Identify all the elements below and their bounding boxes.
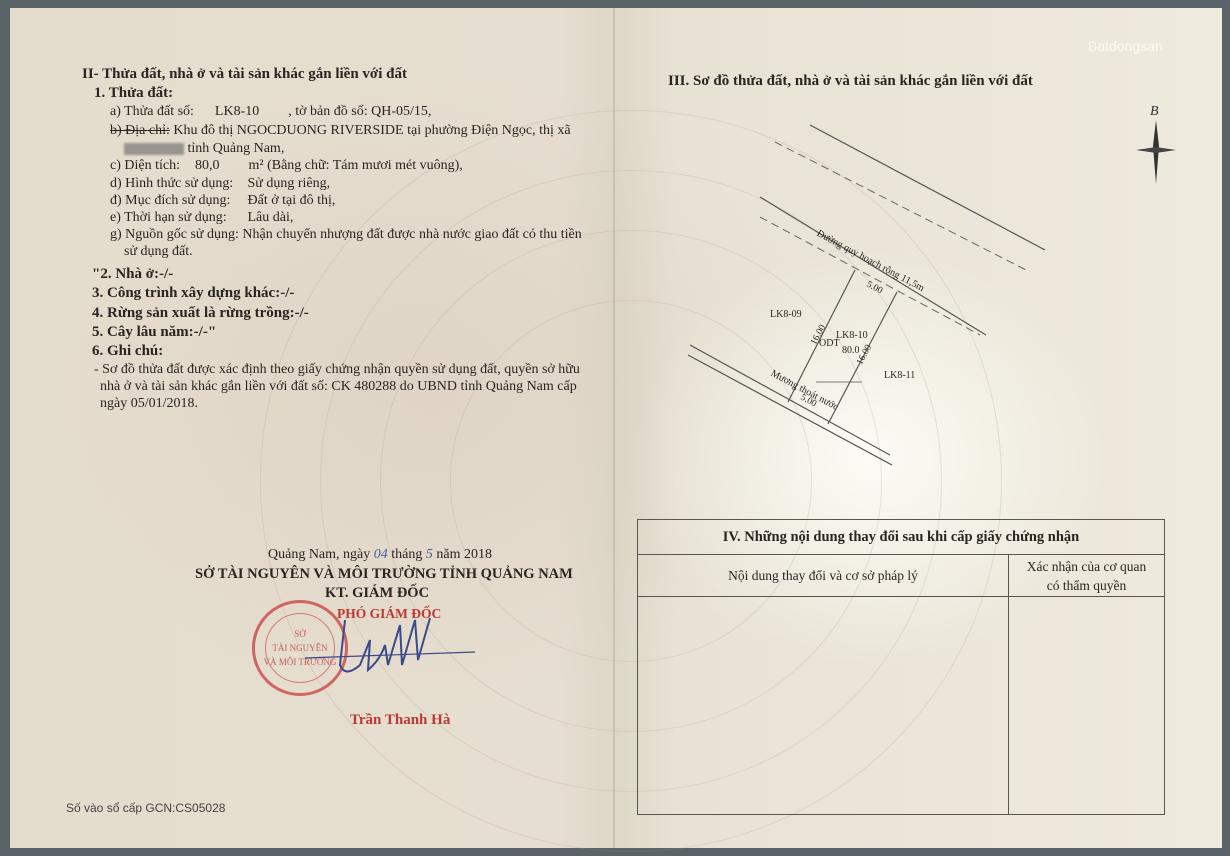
col-header-confirm-line1: Xác nhận của cơ quan bbox=[1009, 557, 1164, 576]
usage-form-value: Sử dụng riêng, bbox=[248, 176, 331, 191]
page-fold bbox=[613, 8, 615, 848]
origin-label: g) Nguồn gốc sử dụng: bbox=[110, 227, 239, 242]
plot-area-label: 80.0 bbox=[842, 345, 860, 356]
neighbor-left-label: LK8-09 bbox=[770, 309, 802, 320]
origin-line1: Nhận chuyển nhượng đất được nhà nước gia… bbox=[242, 227, 581, 242]
purpose-row: đ) Mục đích sử dụng: Đất ở tại đô thị, bbox=[110, 193, 335, 209]
plot-id-label: LK8-10 bbox=[836, 330, 868, 341]
sign-date: Quảng Nam, ngày 04 tháng 5 năm 2018 bbox=[268, 547, 492, 563]
signature-scribble bbox=[300, 610, 490, 680]
term-value: Lâu dài, bbox=[248, 210, 294, 225]
address-label: b) Địa chỉ: bbox=[110, 123, 170, 138]
address-row: b) Địa chỉ: Khu đô thị NGOCDUONG RIVERSI… bbox=[110, 123, 571, 139]
col-header-confirm: Xác nhận của cơ quan có thẩm quyền bbox=[1008, 555, 1164, 597]
item-perennial: 5. Cây lâu năm:-/-" bbox=[92, 324, 216, 341]
origin-row: g) Nguồn gốc sử dụng: Nhận chuyển nhượng… bbox=[110, 227, 582, 243]
area-row: c) Diện tích: 80,0 m² (Bằng chữ: Tám mươ… bbox=[110, 158, 463, 174]
purpose-value: Đất ở tại đô thị, bbox=[248, 193, 336, 208]
plot-no-label: a) Thửa đất số: bbox=[110, 104, 194, 119]
plot-no-row: a) Thửa đất số: LK8-10 , tờ bản đồ số: Q… bbox=[110, 104, 431, 120]
item-forest: 4. Rừng sản xuất là rừng trồng:-/- bbox=[92, 305, 309, 322]
land-plot-heading: 1. Thửa đất: bbox=[94, 85, 173, 102]
note-line-3: ngày 05/01/2018. bbox=[100, 396, 198, 412]
signer-name: Trần Thanh Hà bbox=[350, 712, 450, 729]
section-iii-title: III. Sơ đồ thửa đất, nhà ở và tài sản kh… bbox=[668, 73, 1033, 90]
redacted-block bbox=[124, 143, 184, 155]
term-label: e) Thời hạn sử dụng: bbox=[110, 210, 244, 226]
land-code-label: ODT bbox=[819, 338, 840, 349]
plot-no-value: LK8-10 bbox=[215, 104, 259, 119]
date-year: năm 2018 bbox=[436, 547, 492, 562]
usage-form-row: d) Hình thức sử dụng: Sử dụng riêng, bbox=[110, 176, 330, 192]
date-prefix: Quảng Nam, ngày bbox=[268, 547, 370, 562]
item-house: "2. Nhà ở:-/- bbox=[92, 266, 173, 283]
agency-name: SỞ TÀI NGUYÊN VÀ MÔI TRƯỜNG TỈNH QUẢNG N… bbox=[195, 566, 573, 583]
map-sheet-value: QH-05/15, bbox=[371, 104, 431, 119]
column-divider bbox=[1008, 597, 1009, 814]
date-day: 04 bbox=[374, 547, 388, 562]
changes-table-title: IV. Những nội dung thay đổi sau khi cấp … bbox=[638, 520, 1164, 555]
address-line2: tỉnh Quảng Nam, bbox=[188, 141, 285, 156]
date-month: 5 bbox=[426, 547, 433, 562]
col-header-content: Nội dung thay đổi và cơ sở pháp lý bbox=[638, 555, 1008, 597]
north-arrow-icon bbox=[1134, 118, 1178, 186]
area-value: 80,0 bbox=[195, 158, 220, 173]
col-header-confirm-line2: có thẩm quyền bbox=[1009, 576, 1164, 595]
map-sheet-label: , tờ bản đồ số: bbox=[288, 104, 367, 119]
origin-line2: sử dụng đất. bbox=[124, 244, 193, 260]
usage-form-label: d) Hình thức sử dụng: bbox=[110, 176, 244, 192]
neighbor-right-label: LK8-11 bbox=[884, 370, 915, 381]
address-line2-row: tỉnh Quảng Nam, bbox=[124, 141, 284, 157]
term-row: e) Thời hạn sử dụng: Lâu dài, bbox=[110, 210, 293, 226]
purpose-label: đ) Mục đích sử dụng: bbox=[110, 193, 244, 209]
note-line-2: nhà ở và tài sản khác gắn liền với đất s… bbox=[100, 379, 577, 395]
address-line1: Khu đô thị NGOCDUONG RIVERSIDE tại phườn… bbox=[173, 123, 570, 138]
note-line-1: - Sơ đồ thửa đất được xác định theo giấy… bbox=[94, 362, 580, 378]
area-unit: m² bbox=[248, 158, 263, 173]
registry-number: Số vào sổ cấp GCN:CS05028 bbox=[66, 801, 225, 815]
watermark-logo: Batdongsan bbox=[1088, 38, 1163, 54]
section-ii-title: II- Thửa đất, nhà ở và tài sản khác gắn … bbox=[82, 66, 407, 83]
on-behalf: KT. GIÁM ĐỐC bbox=[325, 585, 429, 602]
changes-table: IV. Những nội dung thay đổi sau khi cấp … bbox=[637, 519, 1165, 815]
area-words: (Bằng chữ: Tám mươi mét vuông), bbox=[267, 158, 463, 173]
item-notes-heading: 6. Ghi chú: bbox=[92, 343, 163, 360]
date-month-label: tháng bbox=[391, 547, 422, 562]
area-label: c) Diện tích: bbox=[110, 158, 180, 173]
item-other-works: 3. Công trình xây dựng khác:-/- bbox=[92, 285, 294, 302]
